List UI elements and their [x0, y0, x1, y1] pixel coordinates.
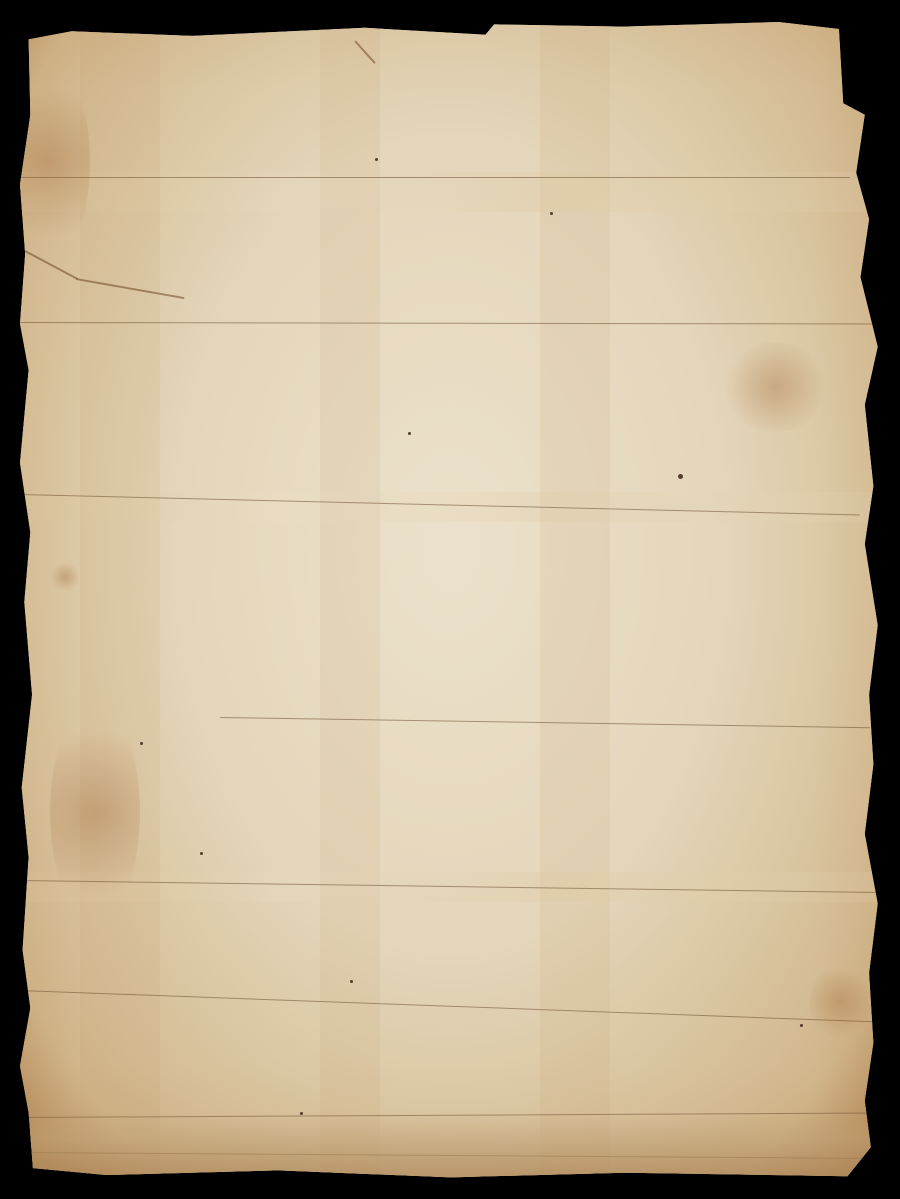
paper-speck [140, 742, 143, 745]
aged-paper-sheet [20, 22, 882, 1182]
paper-stain [810, 962, 870, 1042]
paper-speck [375, 158, 378, 161]
paper-stain [50, 562, 80, 592]
paper-speck [350, 980, 353, 983]
paper-speck [678, 474, 683, 479]
paper-speck [800, 1024, 803, 1027]
paper-stain [10, 62, 90, 262]
paper-stain [50, 702, 140, 922]
paper-speck [550, 212, 553, 215]
paper-bottom-edge [20, 1112, 882, 1182]
paper-speck [408, 432, 411, 435]
paper-stain [720, 342, 830, 432]
fold-line [20, 177, 850, 178]
paper-speck [200, 852, 203, 855]
paper-band [20, 172, 882, 212]
background [0, 0, 900, 1199]
